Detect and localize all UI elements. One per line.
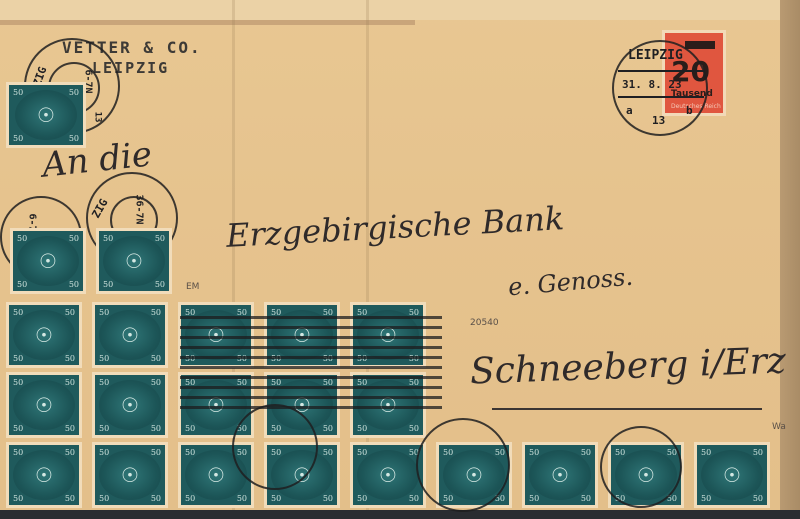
- posthorn-icon: ☉: [99, 380, 161, 430]
- pencil-note: 20540: [470, 318, 499, 328]
- postage-stamp-50: 50505050☉: [350, 442, 426, 508]
- postmark-bottom-right: [600, 426, 682, 508]
- envelope-right-edge: [780, 0, 800, 519]
- posthorn-icon: ☉: [99, 310, 161, 360]
- postage-stamp-50: 50505050☉: [522, 442, 598, 508]
- printer-mark: EM: [186, 282, 199, 292]
- postage-stamp-50: 5050 5050 ☉: [6, 82, 86, 148]
- postage-stamp-50: 50505050☉: [10, 228, 86, 294]
- posthorn-icon: ☉: [103, 236, 165, 286]
- address-underline: [492, 408, 762, 410]
- posthorn-icon: ☉: [17, 236, 79, 286]
- posthorn-icon: ☉: [13, 450, 75, 500]
- postmark-bottom-center: [232, 404, 318, 490]
- edge-mark: Wa: [772, 422, 786, 432]
- posthorn-icon: ☉: [99, 450, 161, 500]
- postage-stamp-50: 50505050☉: [694, 442, 770, 508]
- postage-stamp-50: 50505050☉: [6, 442, 82, 508]
- envelope-top-strip: [0, 0, 800, 20]
- obliterated-value-bar: [685, 41, 715, 49]
- posthorn-icon: ☉: [357, 450, 419, 500]
- postage-stamp-50: 50505050☉: [92, 372, 168, 438]
- postage-stamp-50: 50505050☉: [92, 442, 168, 508]
- posthorn-icon: ☉: [701, 450, 763, 500]
- posthorn-icon: ☉: [13, 380, 75, 430]
- machine-cancel-bars: [180, 316, 442, 416]
- postage-stamp-50: 50505050☉: [96, 228, 172, 294]
- posthorn-icon: ☉: [13, 310, 75, 360]
- postage-stamp-50: 50505050☉: [92, 302, 168, 368]
- postmark-leipzig: LEIPZIG 31. 8. 23 a 13 b: [612, 40, 708, 136]
- posthorn-icon: ☉: [15, 90, 77, 140]
- postage-stamp-50: 50505050☉: [6, 302, 82, 368]
- envelope-top-band: [0, 20, 415, 25]
- posthorn-icon: ☉: [529, 450, 591, 500]
- envelope-bottom-edge: [0, 510, 800, 519]
- postmark-bottom: [416, 418, 510, 512]
- postage-stamp-50: 50505050☉: [6, 372, 82, 438]
